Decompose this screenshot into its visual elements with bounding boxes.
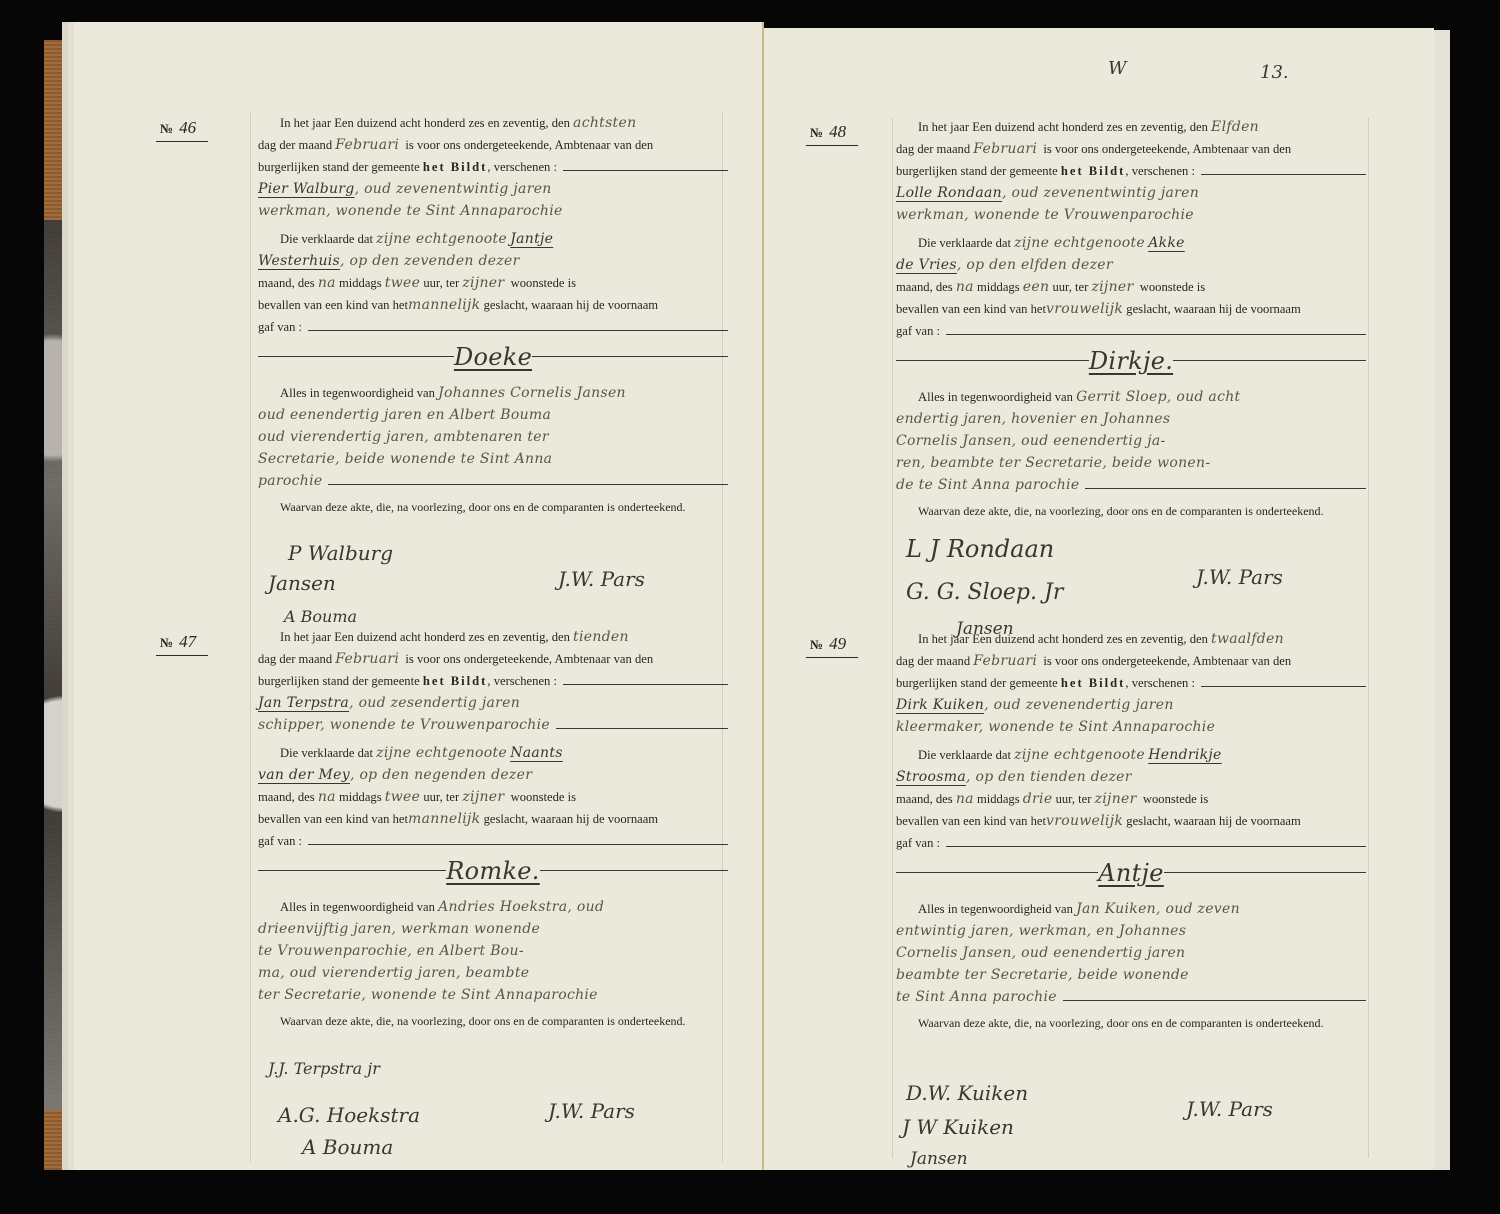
text-line: parochie: [258, 470, 728, 492]
entries-0-birth_day: , op den zevenden dezer: [340, 250, 520, 272]
text-line: schipper, wonende te Vrouwenparochie: [258, 714, 728, 736]
text-line: dag der maand Februari is voor ons onder…: [896, 138, 1366, 160]
common-woonstede: woonstede is: [1140, 276, 1205, 298]
common-uur_ter: uur, ter: [1052, 276, 1088, 298]
text-line: dag der maand Februari is voor ons onder…: [258, 134, 728, 156]
common-woonstede: woonstede is: [511, 272, 576, 294]
text-line: In het jaar Een duizend acht honderd zes…: [896, 116, 1366, 138]
text-line: te Vrouwenparochie, en Albert Bou-: [258, 940, 728, 962]
text-line: Cornelis Jansen, oud eenendertig jaren: [896, 942, 1366, 964]
birth-record-48: In het jaar Een duizend acht honderd zes…: [896, 116, 1366, 652]
entries-1-signatures-1: A.G. Hoekstra: [278, 1104, 420, 1126]
entries-3-signatures-1: J W Kuiken: [902, 1116, 1014, 1138]
text-line: Pier Walburg, oud zevenentwintig jaren: [258, 178, 728, 200]
entries-3-sex: vrouwelijk: [1046, 810, 1123, 832]
form-border: [1368, 118, 1369, 1158]
rule-line: Dirkje.: [896, 342, 1366, 378]
common-intro: In het jaar Een duizend acht honderd zes…: [918, 116, 1208, 138]
entry-number: №49: [810, 634, 846, 654]
entries-1-declarant_name: Jan Terpstra: [258, 692, 349, 714]
rule-line: [540, 870, 728, 871]
entries-0-witnesses-2: oud vierendertig jaren, ambtenaren ter: [258, 426, 549, 448]
entries-2-declarant_line2: werkman, wonende te Vrouwenparochie: [896, 204, 1194, 226]
rule-line: [328, 474, 728, 485]
common-geslacht: geslacht, waaraan hij de: [484, 294, 605, 316]
text-line: Waarvan deze akte, die, na voorlezing, d…: [896, 1012, 1366, 1034]
rule-line: [1164, 872, 1366, 873]
common-municipality_post: , verschenen :: [1125, 160, 1195, 182]
entries-3-witnesses-4: te Sint Anna parochie: [896, 986, 1057, 1008]
text-line: bevallen van een kind van hetmannelijk g…: [258, 808, 728, 830]
common-maand_des: maand, des: [258, 786, 315, 808]
rule-line: [1201, 676, 1366, 687]
text-line: In het jaar Een duizend acht honderd zes…: [258, 112, 728, 134]
common-voornaam: voornaam: [608, 294, 658, 316]
common-maand_des: maand, des: [896, 276, 953, 298]
entries-1-witnesses-1: drieenvijftig jaren, werkman wonende: [258, 918, 540, 940]
text-line: kleermaker, wonende te Sint Annaparochie: [896, 716, 1366, 738]
rule-line: [532, 356, 728, 357]
text-line: Waarvan deze akte, die, na voorlezing, d…: [258, 1010, 728, 1032]
text-line: Secretarie, beide wonende te Sint Anna: [258, 448, 728, 470]
common-num_sign: №: [160, 635, 173, 650]
common-gaf_van: gaf van :: [896, 320, 940, 342]
page-number: 13.: [1260, 62, 1289, 83]
entries-2-number: 48: [829, 122, 846, 141]
common-intro: In het jaar Een duizend acht honderd zes…: [280, 112, 570, 134]
entries-3-ter: zijner: [1095, 788, 1137, 810]
entries-1-number: 47: [179, 632, 196, 651]
text-line: ter Secretarie, wonende te Sint Annaparo…: [258, 984, 728, 1006]
common-municipality: het Bildt: [1061, 672, 1126, 694]
entries-0-number: 46: [179, 118, 196, 137]
text-line: van der Mey, op den negenden dezer: [258, 764, 728, 786]
common-intro: In het jaar Een duizend acht honderd zes…: [280, 626, 570, 648]
entries-1-witnesses-4: ter Secretarie, wonende te Sint Annaparo…: [258, 984, 598, 1006]
entries-3-witnesses-3: beambte ter Secretarie, beide wonende: [896, 964, 1189, 986]
text-line: dag der maand Februari is voor ons onder…: [896, 650, 1366, 672]
text-line: burgerlijken stand der gemeente het Bild…: [896, 160, 1366, 182]
text-line: gaf van :: [896, 320, 1366, 342]
rule-line: [896, 360, 1089, 361]
common-closing: Waarvan deze akte, die, na voorlezing, d…: [918, 1012, 1324, 1034]
rule-line: Doeke: [258, 338, 728, 374]
entries-3-day: twaalfden: [1211, 628, 1284, 650]
rule-line: [308, 320, 728, 331]
entries-3-month: Februari: [973, 650, 1037, 672]
common-maand_des: maand, des: [258, 272, 315, 294]
entries-2-witnesses-1: endertig jaren, hovenier en Johannes: [896, 408, 1170, 430]
common-num_sign: №: [810, 125, 823, 140]
rule-line: [1201, 164, 1366, 175]
entries-1-witnesses-3: ma, oud vierendertig jaren, beambte: [258, 962, 529, 984]
entries-3-mother_first: Hendrikje: [1148, 744, 1221, 766]
entries-0-spouse_pre: zijne echtgenoote: [376, 228, 507, 250]
entries-2-birth_day: , op den elfden dezer: [957, 254, 1113, 276]
signatures: J.J. Terpstra jr A.G. Hoekstra A Bouma J…: [258, 1032, 728, 1162]
entries-1-signatures-0: J.J. Terpstra jr: [268, 1058, 380, 1080]
entries-3-witnesses-2: Cornelis Jansen, oud eenendertig jaren: [896, 942, 1185, 964]
official-signature: J.W. Pars: [1196, 566, 1283, 588]
common-municipality_pre: burgerlijken stand der gemeente: [258, 156, 420, 178]
common-witnesses_intro: Alles in tegenwoordigheid van: [280, 382, 435, 404]
common-closing: Waarvan deze akte, die, na voorlezing, d…: [280, 496, 686, 518]
entries-3-mother_last: Stroosma: [896, 766, 966, 788]
entries-0-witnesses-4: parochie: [258, 470, 322, 492]
entries-0-time_nm: na: [318, 272, 336, 294]
declarant-name: Pier Walburg: [258, 178, 355, 200]
text-line: Alles in tegenwoordigheid van Jan Kuiken…: [896, 898, 1366, 920]
text-line: Cornelis Jansen, oud eenendertig ja-: [896, 430, 1366, 452]
rule-line: Romke.: [258, 852, 728, 888]
rule-line: [563, 160, 728, 171]
entries-0-ter: zijner: [462, 272, 504, 294]
text-line: oud vierendertig jaren, ambtenaren ter: [258, 426, 728, 448]
entries-1-month: Februari: [335, 648, 399, 670]
entries-0-sex: mannelijk: [408, 294, 480, 316]
common-municipality_pre: burgerlijken stand der gemeente: [258, 670, 420, 692]
text-line: Die verklaarde dat zijne echtgenoote Hen…: [896, 744, 1366, 766]
entries-0-witnesses-1: oud eenendertig jaren en Albert Bouma: [258, 404, 551, 426]
entries-2-signatures-0: L J Rondaan: [906, 538, 1054, 560]
text-line: de te Sint Anna parochie: [896, 474, 1366, 496]
mother-first-name: Jantje: [510, 228, 553, 250]
text-line: Stroosma, op den tienden dezer: [896, 766, 1366, 788]
text-line: ma, oud vierendertig jaren, beambte: [258, 962, 728, 984]
text-line: Westerhuis, op den zevenden dezer: [258, 250, 728, 272]
text-line: maand, des na middags twee uur, ter zijn…: [258, 272, 728, 294]
text-line: burgerlijken stand der gemeente het Bild…: [896, 672, 1366, 694]
entries-0-signatures-0: P Walburg: [288, 542, 393, 564]
text-line: oud eenendertig jaren en Albert Bouma: [258, 404, 728, 426]
common-declared: Die verklaarde dat: [280, 228, 373, 250]
entries-0-hour: twee: [385, 272, 420, 294]
entries-0-witnesses-3: Secretarie, beide wonende te Sint Anna: [258, 448, 552, 470]
entries-2-signatures-1: G. G. Sloep. Jr: [906, 582, 1063, 604]
entries-2-mother_first: Akke: [1148, 232, 1185, 254]
common-gaf_van: gaf van :: [258, 830, 302, 852]
rule-line: [1173, 360, 1366, 361]
entries-0-witnesses-0: Johannes Cornelis Jansen: [438, 382, 626, 404]
text-line: bevallen van een kind van hetvrouwelijk …: [896, 810, 1366, 832]
page-initials: W: [1108, 58, 1127, 79]
text-line: Alles in tegenwoordigheid van Gerrit Slo…: [896, 386, 1366, 408]
text-line: dag der maand Februari is voor ons onder…: [258, 648, 728, 670]
common-municipality: het Bildt: [423, 156, 488, 178]
child-name: Romke.: [446, 860, 539, 882]
entries-2-sex: vrouwelijk: [1046, 298, 1123, 320]
text-line: In het jaar Een duizend acht honderd zes…: [258, 626, 728, 648]
entries-2-witnesses-0: Gerrit Sloep, oud acht: [1076, 386, 1240, 408]
common-declared: Die verklaarde dat: [280, 742, 373, 764]
rule-line: [946, 836, 1366, 847]
text-line: werkman, wonende te Vrouwenparochie: [896, 204, 1366, 226]
common-maand_des: maand, des: [896, 788, 953, 810]
common-middags: middags: [977, 276, 1020, 298]
common-day_month_pre: dag der maand: [258, 648, 332, 670]
entries-3-hour: drie: [1023, 788, 1053, 810]
entries-3-spouse_pre: zijne echtgenoote: [1014, 744, 1145, 766]
text-line: Alles in tegenwoordigheid van Johannes C…: [258, 382, 728, 404]
text-line: Alles in tegenwoordigheid van Andries Ho…: [258, 896, 728, 918]
entries-3-signatures-0: D.W. Kuiken: [906, 1082, 1028, 1104]
entries-3-declarant_name: Dirk Kuiken: [896, 694, 984, 716]
common-declared: Die verklaarde dat: [918, 232, 1011, 254]
rule-line: Antje: [896, 854, 1366, 890]
text-line: burgerlijken stand der gemeente het Bild…: [258, 670, 728, 692]
rule-line: [1085, 478, 1366, 489]
common-voornaam: voornaam: [608, 808, 658, 830]
common-municipality_pre: burgerlijken stand der gemeente: [896, 160, 1058, 182]
entries-2-time_nm: na: [956, 276, 974, 298]
entries-3-declarant_line2: kleermaker, wonende te Sint Annaparochie: [896, 716, 1215, 738]
common-geslacht: geslacht, waaraan hij de: [484, 808, 605, 830]
entries-1-hour: twee: [385, 786, 420, 808]
common-gaf_van: gaf van :: [258, 316, 302, 338]
common-uur_ter: uur, ter: [1056, 788, 1092, 810]
form-border: [892, 118, 893, 1158]
common-geslacht: geslacht, waaraan hij de: [1126, 810, 1247, 832]
text-line: Die verklaarde dat zijne echtgenoote Akk…: [896, 232, 1366, 254]
common-municipality: het Bildt: [423, 670, 488, 692]
birth-record-47: In het jaar Een duizend acht honderd zes…: [258, 626, 728, 1162]
common-bevallen: bevallen van een kind van het: [258, 294, 408, 316]
entries-1-birth_day: , op den negenden dezer: [350, 764, 532, 786]
entries-1-day: tienden: [573, 626, 629, 648]
entries-1-mother_first: Naants: [510, 742, 563, 764]
entries-2-month: Februari: [973, 138, 1037, 160]
entries-2-mother_last: de Vries: [896, 254, 957, 276]
common-closing: Waarvan deze akte, die, na voorlezing, d…: [918, 500, 1324, 522]
text-line: Die verklaarde dat zijne echtgenoote Jan…: [258, 228, 728, 250]
common-declared: Die verklaarde dat: [918, 744, 1011, 766]
entries-2-witnesses-4: de te Sint Anna parochie: [896, 474, 1079, 496]
form-border: [250, 112, 251, 1162]
entries-0-signatures-2: A Bouma: [284, 606, 357, 628]
official-signature: J.W. Pars: [548, 1100, 635, 1122]
text-line: bevallen van een kind van hetvrouwelijk …: [896, 298, 1366, 320]
text-line: ren, beambte ter Secretarie, beide wonen…: [896, 452, 1366, 474]
entries-2-witnesses-3: ren, beambte ter Secretarie, beide wonen…: [896, 452, 1210, 474]
rule-line: [1063, 990, 1366, 1001]
entries-3-time_nm: na: [956, 788, 974, 810]
text-line: de Vries, op den elfden dezer: [896, 254, 1366, 276]
rule-line: [258, 870, 446, 871]
common-uur_ter: uur, ter: [423, 272, 459, 294]
birth-record-49: In het jaar Een duizend acht honderd zes…: [896, 628, 1366, 1164]
common-woonstede: woonstede is: [511, 786, 576, 808]
entries-1-spouse_pre: zijne echtgenoote: [376, 742, 507, 764]
month: Februari: [335, 134, 399, 156]
entries-2-declarant_name: Lolle Rondaan: [896, 182, 1002, 204]
text-line: gaf van :: [896, 832, 1366, 854]
common-municipality_post: , verschenen :: [487, 670, 557, 692]
entries-3-number: 49: [829, 634, 846, 653]
common-num_sign: №: [810, 637, 823, 652]
common-bevallen: bevallen van een kind van het: [896, 810, 1046, 832]
child-name: Dirkje.: [1089, 350, 1173, 372]
child-name: Antje: [1098, 862, 1164, 884]
common-gaf_van: gaf van :: [896, 832, 940, 854]
signatures: D.W. Kuiken J W Kuiken Jansen J.W. Pars: [896, 1034, 1366, 1164]
entries-3-declarant_line1: , oud zevenendertig jaren: [984, 694, 1174, 716]
common-day_month_post: is voor ons ondergeteekende, Ambtenaar v…: [405, 648, 653, 670]
entries-2-spouse_pre: zijne echtgenoote: [1014, 232, 1145, 254]
entries-3-witnesses-1: entwintig jaren, werkman, en Johannes: [896, 920, 1186, 942]
rule-line: [563, 674, 728, 685]
entries-1-witnesses-0: Andries Hoekstra, oud: [438, 896, 604, 918]
entries-2-day: Elfden: [1211, 116, 1259, 138]
text-line: burgerlijken stand der gemeente het Bild…: [258, 156, 728, 178]
common-municipality: het Bildt: [1061, 160, 1126, 182]
marbled-cover: [44, 220, 74, 1110]
common-day_month_post: is voor ons ondergeteekende, Ambtenaar v…: [405, 134, 653, 156]
entries-1-signatures-2: A Bouma: [302, 1136, 393, 1158]
entries-2-declarant_line1: , oud zevenentwintig jaren: [1002, 182, 1199, 204]
text-line: Waarvan deze akte, die, na voorlezing, d…: [896, 500, 1366, 522]
common-uur_ter: uur, ter: [423, 786, 459, 808]
common-day_month_post: is voor ons ondergeteekende, Ambtenaar v…: [1043, 138, 1291, 160]
common-witnesses_intro: Alles in tegenwoordigheid van: [280, 896, 435, 918]
rule-line: [896, 872, 1098, 873]
text-line: Jan Terpstra, oud zesendertig jaren: [258, 692, 728, 714]
mother-last-name: Westerhuis: [258, 250, 340, 272]
common-closing: Waarvan deze akte, die, na voorlezing, d…: [280, 1010, 686, 1032]
entries-1-declarant_line2: schipper, wonende te Vrouwenparochie: [258, 714, 550, 736]
common-witnesses_intro: Alles in tegenwoordigheid van: [918, 386, 1073, 408]
rule-line: [308, 834, 728, 845]
text-line: drieenvijftig jaren, werkman wonende: [258, 918, 728, 940]
entries-3-birth_day: , op den tienden dezer: [966, 766, 1132, 788]
entry-number: №46: [160, 118, 196, 138]
common-day_month_pre: dag der maand: [896, 138, 970, 160]
text-line: bevallen van een kind van hetmannelijk g…: [258, 294, 728, 316]
text-line: Waarvan deze akte, die, na voorlezing, d…: [258, 496, 728, 518]
entries-1-ter: zijner: [462, 786, 504, 808]
entries-0-declarant_line2: werkman, wonende te Sint Annaparochie: [258, 200, 563, 222]
text-line: beambte ter Secretarie, beide wonende: [896, 964, 1366, 986]
entries-3-signatures-2: Jansen: [910, 1148, 968, 1170]
common-intro: In het jaar Een duizend acht honderd zes…: [918, 628, 1208, 650]
day: achtsten: [573, 112, 636, 134]
birth-record-46: In het jaar Een duizend acht honderd zes…: [258, 112, 728, 648]
text-line: maand, des na middags een uur, ter zijne…: [896, 276, 1366, 298]
entries-3-witnesses-0: Jan Kuiken, oud zeven: [1076, 898, 1240, 920]
common-municipality_post: , verschenen :: [1125, 672, 1195, 694]
common-geslacht: geslacht, waaraan hij de: [1126, 298, 1247, 320]
text-line: maand, des na middags drie uur, ter zijn…: [896, 788, 1366, 810]
entries-0-signatures-1: Jansen: [268, 572, 336, 594]
text-line: Dirk Kuiken, oud zevenendertig jaren: [896, 694, 1366, 716]
entries-1-mother_last: van der Mey: [258, 764, 350, 786]
rule-line: [946, 324, 1366, 335]
common-bevallen: bevallen van een kind van het: [258, 808, 408, 830]
official-signature: J.W. Pars: [1186, 1098, 1273, 1120]
text-line: Lolle Rondaan, oud zevenentwintig jaren: [896, 182, 1366, 204]
common-num_sign: №: [160, 121, 173, 136]
common-middags: middags: [339, 786, 382, 808]
common-middags: middags: [339, 272, 382, 294]
common-municipality_pre: burgerlijken stand der gemeente: [896, 672, 1058, 694]
common-witnesses_intro: Alles in tegenwoordigheid van: [918, 898, 1073, 920]
common-day_month_pre: dag der maand: [896, 650, 970, 672]
common-voornaam: voornaam: [1250, 298, 1300, 320]
text-line: gaf van :: [258, 830, 728, 852]
entries-1-witnesses-2: te Vrouwenparochie, en Albert Bou-: [258, 940, 524, 962]
common-woonstede: woonstede is: [1143, 788, 1208, 810]
entries-1-declarant_line1: , oud zesendertig jaren: [349, 692, 520, 714]
common-day_month_pre: dag der maand: [258, 134, 332, 156]
child-name: Doeke: [454, 346, 532, 368]
text-line: In het jaar Een duizend acht honderd zes…: [896, 628, 1366, 650]
entry-number: №47: [160, 632, 196, 652]
text-line: gaf van :: [258, 316, 728, 338]
entries-2-hour: een: [1023, 276, 1050, 298]
common-municipality_post: , verschenen :: [487, 156, 557, 178]
text-line: Die verklaarde dat zijne echtgenoote Naa…: [258, 742, 728, 764]
entries-1-time_nm: na: [318, 786, 336, 808]
entries-0-declarant_line1: , oud zevenentwintig jaren: [355, 178, 552, 200]
text-line: werkman, wonende te Sint Annaparochie: [258, 200, 728, 222]
entries-2-ter: zijner: [1091, 276, 1133, 298]
text-line: entwintig jaren, werkman, en Johannes: [896, 920, 1366, 942]
rule-line: [556, 718, 728, 729]
entry-number: №48: [810, 122, 846, 142]
rule-line: [258, 356, 454, 357]
common-bevallen: bevallen van een kind van het: [896, 298, 1046, 320]
entries-1-sex: mannelijk: [408, 808, 480, 830]
text-line: te Sint Anna parochie: [896, 986, 1366, 1008]
text-line: endertig jaren, hovenier en Johannes: [896, 408, 1366, 430]
common-middags: middags: [977, 788, 1020, 810]
official-signature: J.W. Pars: [558, 568, 645, 590]
entries-2-witnesses-2: Cornelis Jansen, oud eenendertig ja-: [896, 430, 1166, 452]
text-line: maand, des na middags twee uur, ter zijn…: [258, 786, 728, 808]
common-day_month_post: is voor ons ondergeteekende, Ambtenaar v…: [1043, 650, 1291, 672]
common-voornaam: voornaam: [1250, 810, 1300, 832]
